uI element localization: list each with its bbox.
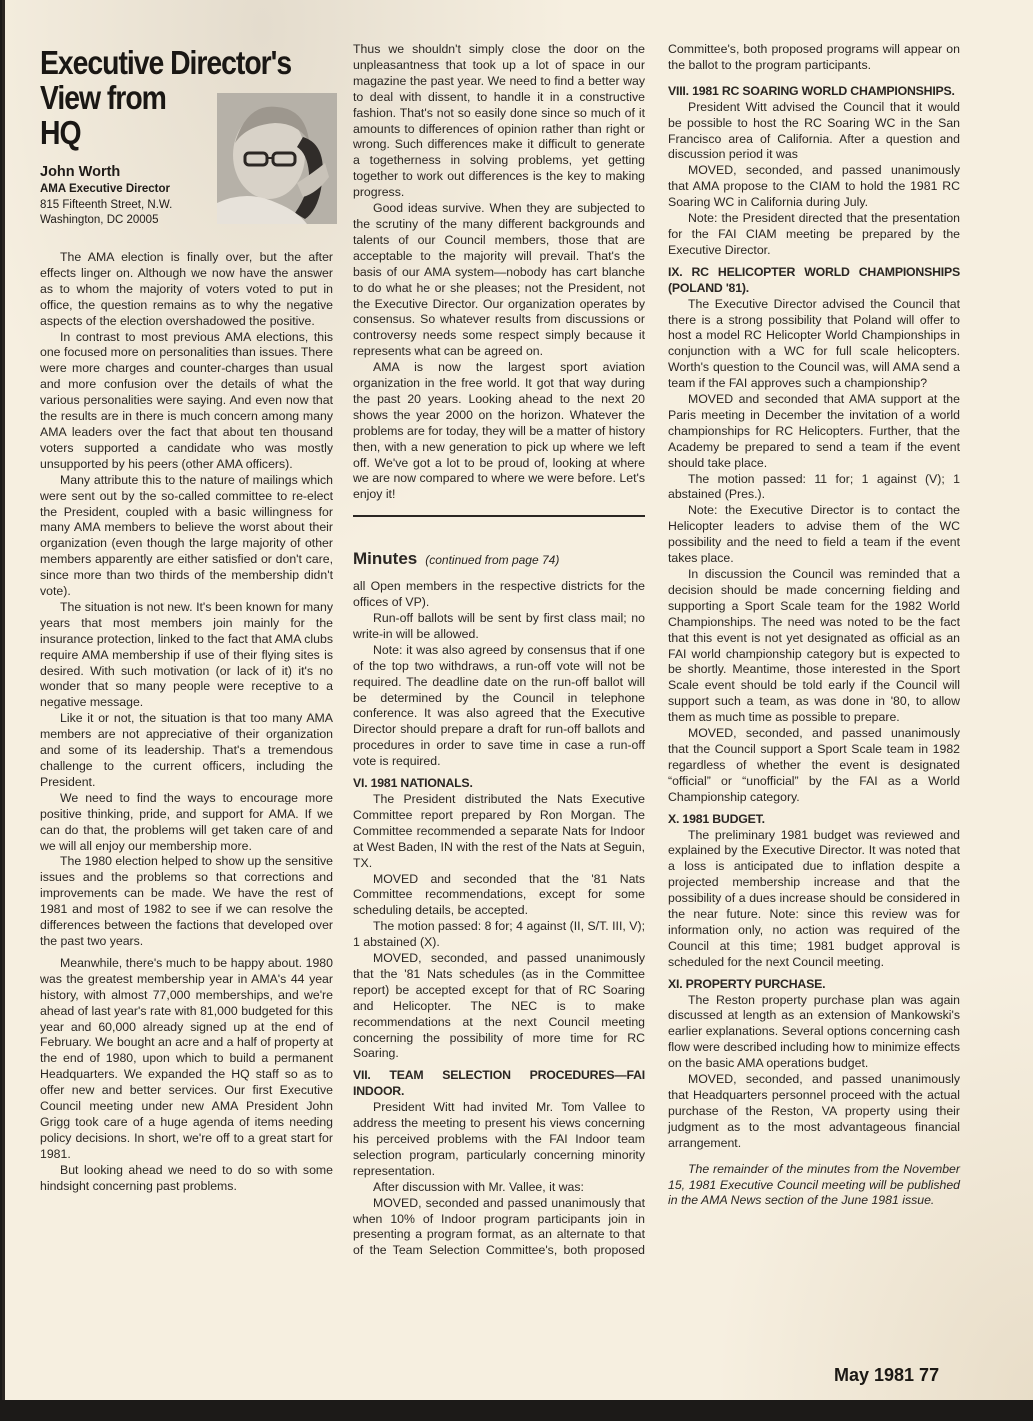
section-divider (353, 515, 645, 517)
author-name: John Worth (40, 163, 215, 182)
article-paragraph: Like it or not, the situation is that to… (40, 711, 333, 791)
article-paragraph: Thus we shouldn't simply close the door … (353, 42, 645, 201)
minutes-paragraph: all Open members in the respective distr… (353, 579, 645, 611)
minutes-paragraph: MOVED and seconded that the '81 Nats Com… (353, 872, 645, 920)
closing-note: The remainder of the minutes from the No… (668, 1162, 960, 1210)
article-paragraph: We need to find the ways to encourage mo… (40, 791, 333, 855)
minutes-paragraph: MOVED, seconded, and passed unanimously … (668, 163, 960, 211)
minutes-paragraph: MOVED, seconded, and passed unanimously … (668, 726, 960, 806)
minutes-paragraph: President Witt advised the Council that … (668, 100, 960, 164)
article-paragraph: Many attribute this to the nature of mai… (40, 473, 333, 600)
minutes-paragraph: MOVED, seconded and passed unanimously t… (353, 1196, 645, 1259)
minutes-paragraph: MOVED and seconded that AMA support at t… (668, 392, 960, 472)
magazine-page: Executive Director's View from HQ John W… (2, 0, 1033, 1400)
section-heading: VIII. 1981 RC SOARING WORLD CHAMPIONSHIP… (668, 84, 960, 100)
minutes-paragraph: MOVED, seconded, and passed unanimously … (353, 951, 645, 1062)
minutes-paragraph: Note: the President directed that the pr… (668, 211, 960, 259)
minutes-paragraph: Note: the Executive Director is to conta… (668, 503, 960, 567)
column-3: Committee's, both proposed programs will… (668, 42, 960, 1209)
article-paragraph: AMA is now the largest sport aviation or… (353, 360, 645, 503)
minutes-paragraph: The Reston property purchase plan was ag… (668, 993, 960, 1073)
continued-from-link[interactable]: (continued from page 74) (425, 553, 559, 567)
minutes-paragraph: The President distributed the Nats Execu… (353, 792, 645, 872)
article-paragraph: In contrast to most previous AMA electio… (40, 330, 333, 473)
article-paragraph: Good ideas survive. When they are subjec… (353, 201, 645, 360)
article-paragraph: The AMA election is finally over, but th… (40, 250, 333, 330)
minutes-paragraph: The motion passed: 8 for; 4 against (II,… (353, 919, 645, 951)
section-heading: VI. 1981 NATIONALS. (353, 776, 645, 792)
title-line-1: Executive Director's (40, 45, 298, 80)
column-1: The AMA election is finally over, but th… (40, 250, 333, 1194)
minutes-paragraph: In discussion the Council was reminded t… (668, 567, 960, 726)
section-heading: VII. TEAM SELECTION PROCEDURES—FAI INDOO… (353, 1068, 645, 1100)
section-heading: XI. PROPERTY PURCHASE. (668, 977, 960, 993)
article-paragraph: The 1980 election helped to show up the … (40, 854, 333, 949)
minutes-paragraph-continued: Committee's, both proposed programs will… (668, 42, 960, 74)
article-paragraph: Meanwhile, there's much to be happy abou… (40, 956, 333, 1163)
minutes-paragraph: Note: it was also agreed by consensus th… (353, 643, 645, 770)
portrait-image-icon (217, 93, 337, 224)
minutes-paragraph: The motion passed: 11 for; 1 against (V)… (668, 472, 960, 504)
minutes-paragraph: President Witt had invited Mr. Tom Valle… (353, 1100, 645, 1180)
page-folio: May 1981 77 (834, 1365, 939, 1386)
minutes-title: Minutes (353, 549, 417, 568)
section-heading: IX. RC HELICOPTER WORLD CHAMPIONSHIPS (P… (668, 265, 960, 297)
minutes-header: Minutes(continued from page 74) (353, 551, 645, 569)
author-byline: John Worth AMA Executive Director 815 Fi… (40, 163, 215, 229)
article-paragraph: The situation is not new. It's been know… (40, 600, 333, 711)
section-heading: X. 1981 BUDGET. (668, 812, 960, 828)
article-paragraph: But looking ahead we need to do so with … (40, 1163, 333, 1195)
minutes-paragraph: The preliminary 1981 budget was reviewed… (668, 828, 960, 971)
minutes-paragraph: MOVED, seconded, and passed unanimously … (668, 1072, 960, 1152)
author-photo (217, 93, 337, 224)
author-address-city: Washington, DC 20005 (40, 213, 215, 229)
author-address-street: 815 Fifteenth Street, N.W. (40, 198, 215, 214)
minutes-paragraph: The Executive Director advised the Counc… (668, 297, 960, 392)
author-role: AMA Executive Director (40, 182, 215, 198)
minutes-paragraph: After discussion with Mr. Vallee, it was… (353, 1180, 645, 1196)
column-2: Thus we shouldn't simply close the door … (353, 42, 645, 1259)
minutes-paragraph: Run-off ballots will be sent by first cl… (353, 611, 645, 643)
